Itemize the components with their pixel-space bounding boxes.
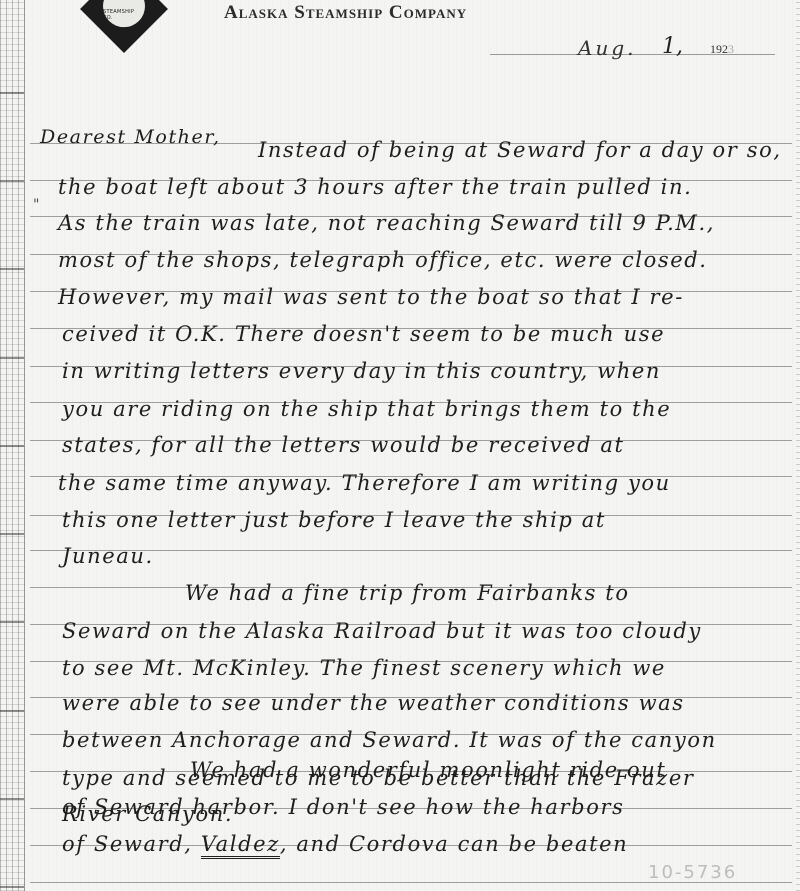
letter-line: were able to see under the weather condi… — [62, 691, 685, 715]
letter-line: Seward on the Alaska Railroad but it was… — [62, 619, 702, 643]
letter-line: the same time anyway. Therefore I am wri… — [58, 471, 671, 495]
date-year: 1923 — [710, 42, 734, 57]
underlined-word-valdez: Valdez — [201, 832, 280, 859]
archive-number: 10-5736 — [648, 862, 737, 883]
stray-mark: " — [33, 197, 39, 213]
letter-line: We had a fine trip from Fairbanks to — [185, 581, 630, 605]
salutation: Dearest Mother, — [40, 126, 221, 148]
margin-tick — [0, 445, 24, 447]
margin-tick — [0, 357, 24, 359]
steamship-emblem-icon: STEAMSHIP CO. — [80, 0, 168, 53]
letter-line: We had a wonderful moonlight ride out — [190, 758, 666, 782]
margin-tick — [0, 92, 24, 94]
letter-line: between Anchorage and Seward. It was of … — [62, 728, 717, 752]
margin-tick — [0, 533, 24, 535]
letter-page: STEAMSHIP CO. Alaska Steamship Company A… — [0, 0, 800, 891]
letter-line: most of the shops, telegraph office, etc… — [58, 248, 708, 272]
letter-line: Juneau. — [62, 544, 154, 568]
date-day: 1, — [662, 34, 683, 59]
margin-tick — [0, 621, 24, 623]
margin-tick — [0, 710, 24, 712]
letter-line: Instead of being at Seward for a day or … — [258, 138, 782, 162]
right-edge-grid — [796, 0, 800, 891]
last-line-after: , and Cordova can be beaten — [280, 832, 628, 856]
letter-line: As the train was late, not reaching Sewa… — [58, 211, 715, 235]
margin-tick — [0, 886, 24, 888]
date-year-prefix: 192 — [710, 42, 728, 56]
letter-line: However, my mail was sent to the boat so… — [58, 285, 684, 309]
letter-line: the boat left about 3 hours after the tr… — [58, 175, 692, 199]
letter-line: states, for all the letters would be rec… — [62, 433, 625, 457]
date-month: Aug. — [578, 36, 636, 60]
letter-line-last: of Seward, Valdez, and Cordova can be be… — [62, 832, 628, 856]
company-name: Alaska Steamship Company — [224, 2, 467, 24]
logo-text: STEAMSHIP CO. — [103, 9, 145, 21]
margin-tick — [0, 798, 24, 800]
margin-tick — [0, 268, 24, 270]
letter-line: ceived it O.K. There doesn't seem to be … — [62, 322, 665, 346]
letter-line: this one letter just before I leave the … — [62, 508, 606, 532]
letter-line: of Seward harbor. I don't see how the ha… — [62, 795, 624, 819]
letter-line: you are riding on the ship that brings t… — [62, 397, 671, 421]
letter-line: to see Mt. McKinley. The finest scenery … — [62, 656, 666, 680]
last-line-before: of Seward, — [62, 832, 201, 856]
letter-line: in writing letters every day in this cou… — [62, 359, 661, 383]
margin-tick — [0, 180, 24, 182]
date-year-suffix: 3 — [728, 42, 734, 56]
